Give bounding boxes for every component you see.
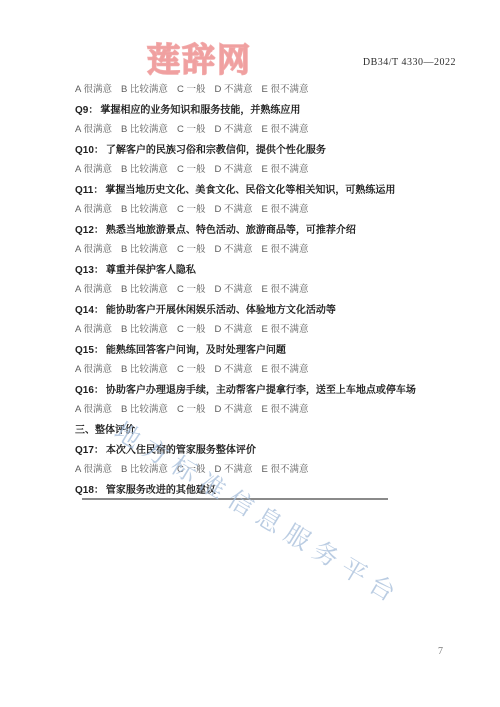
question-text: 掌握当地历史文化、美食文化、民俗文化等相关知识，可熟练运用 xyxy=(105,181,395,196)
option-item: C 一般 xyxy=(177,81,206,95)
page-number: 7 xyxy=(438,646,443,657)
question-number: Q13： xyxy=(75,261,104,276)
option-item: C 一般 xyxy=(177,361,206,375)
option-item: C 一般 xyxy=(177,321,206,335)
options-row: A 很满意B 比较满意C 一般D 不满意E 很不满意 xyxy=(75,238,465,258)
question-number: Q16： xyxy=(75,381,104,396)
option-item: B 比较满意 xyxy=(121,121,168,135)
question-row: Q12：熟悉当地旅游景点、特色活动、旅游商品等，可推荐介绍 xyxy=(75,218,465,238)
option-item: A 很满意 xyxy=(75,401,112,415)
question-row: Q11：掌握当地历史文化、美食文化、民俗文化等相关知识，可熟练运用 xyxy=(75,178,465,198)
option-item: E 很不满意 xyxy=(261,201,308,215)
question-row: Q9：掌握相应的业务知识和服务技能，并熟练应用 xyxy=(75,98,465,118)
question-text: 能熟练回答客户问询，及时处理客户问题 xyxy=(106,341,286,356)
option-item: B 比较满意 xyxy=(121,361,168,375)
question-number: Q10： xyxy=(75,141,104,156)
option-item: E 很不满意 xyxy=(261,121,308,135)
question-number: Q14： xyxy=(75,301,104,316)
option-item: D 不满意 xyxy=(214,361,252,375)
option-item: B 比较满意 xyxy=(121,241,168,255)
options-row: A 很满意B 比较满意C 一般D 不满意E 很不满意 xyxy=(75,78,465,98)
site-logo-watermark: 莲辞网 xyxy=(147,34,252,81)
question-text: 了解客户的民族习俗和宗教信仰，提供个性化服务 xyxy=(106,141,326,156)
question-number: Q9： xyxy=(75,101,98,116)
question-text: 尊重并保护客人隐私 xyxy=(106,261,196,276)
question-text: 熟悉当地旅游景点、特色活动、旅游商品等，可推荐介绍 xyxy=(106,221,356,236)
option-item: E 很不满意 xyxy=(261,461,308,475)
question-row: Q10：了解客户的民族习俗和宗教信仰，提供个性化服务 xyxy=(75,138,465,158)
option-item: A 很满意 xyxy=(75,321,112,335)
option-item: E 很不满意 xyxy=(261,321,308,335)
options-row: A 很满意B 比较满意C 一般D 不满意E 很不满意 xyxy=(75,158,465,178)
option-item: D 不满意 xyxy=(214,81,252,95)
option-item: D 不满意 xyxy=(214,201,252,215)
options-row: A 很满意B 比较满意C 一般D 不满意E 很不满意 xyxy=(75,458,465,478)
option-item: E 很不满意 xyxy=(261,401,308,415)
question-row: Q13：尊重并保护客人隐私 xyxy=(75,258,465,278)
option-item: A 很满意 xyxy=(75,281,112,295)
options-row: A 很满意B 比较满意C 一般D 不满意E 很不满意 xyxy=(75,318,465,338)
option-item: C 一般 xyxy=(177,281,206,295)
option-item: D 不满意 xyxy=(214,241,252,255)
question-number: Q12： xyxy=(75,221,104,236)
option-item: C 一般 xyxy=(177,241,206,255)
options-row: A 很满意B 比较满意C 一般D 不满意E 很不满意 xyxy=(75,118,465,138)
option-item: D 不满意 xyxy=(214,321,252,335)
option-item: B 比较满意 xyxy=(121,201,168,215)
option-item: A 很满意 xyxy=(75,461,112,475)
option-item: D 不满意 xyxy=(214,161,252,175)
option-item: B 比较满意 xyxy=(121,321,168,335)
option-item: B 比较满意 xyxy=(121,281,168,295)
question-row: Q15：能熟练回答客户问询，及时处理客户问题 xyxy=(75,338,465,358)
question-number: Q18： xyxy=(75,481,104,496)
option-item: C 一般 xyxy=(177,161,206,175)
option-item: C 一般 xyxy=(177,121,206,135)
question-text: 掌握相应的业务知识和服务技能，并熟练应用 xyxy=(100,101,300,116)
options-row: A 很满意B 比较满意C 一般D 不满意E 很不满意 xyxy=(75,358,465,378)
option-item: A 很满意 xyxy=(75,161,112,175)
option-item: B 比较满意 xyxy=(121,161,168,175)
option-item: E 很不满意 xyxy=(261,161,308,175)
option-item: C 一般 xyxy=(177,201,206,215)
option-item: C 一般 xyxy=(177,401,206,415)
question-number: Q11： xyxy=(75,181,103,196)
option-item: D 不满意 xyxy=(214,121,252,135)
question-row: Q18：管家服务改进的其他建议 xyxy=(75,478,465,498)
option-item: A 很满意 xyxy=(75,361,112,375)
option-item: A 很满意 xyxy=(75,121,112,135)
question-text: 协助客户办理退房手续，主动帮客户提拿行李，送至上车地点或停车场 xyxy=(106,381,416,396)
option-item: E 很不满意 xyxy=(261,281,308,295)
option-item: D 不满意 xyxy=(214,401,252,415)
question-row: Q16：协助客户办理退房手续，主动帮客户提拿行李，送至上车地点或停车场 xyxy=(75,378,465,398)
option-item: E 很不满意 xyxy=(261,361,308,375)
option-item: D 不满意 xyxy=(214,281,252,295)
option-item: A 很满意 xyxy=(75,241,112,255)
question-row: Q14：能协助客户开展休闲娱乐活动、体验地方文化活动等 xyxy=(75,298,465,318)
question-text: 能协助客户开展休闲娱乐活动、体验地方文化活动等 xyxy=(106,301,336,316)
options-row: A 很满意B 比较满意C 一般D 不满意E 很不满意 xyxy=(75,278,465,298)
option-item: A 很满意 xyxy=(75,81,112,95)
document-page: 莲辞网 DB34/T 4330—2022 A 很满意B 比较满意C 一般D 不满… xyxy=(0,0,500,707)
option-item: A 很满意 xyxy=(75,201,112,215)
question-number: Q15： xyxy=(75,341,104,356)
option-item: E 很不满意 xyxy=(261,81,308,95)
option-item: E 很不满意 xyxy=(261,241,308,255)
options-row: A 很满意B 比较满意C 一般D 不满意E 很不满意 xyxy=(75,198,465,218)
doc-code: DB34/T 4330—2022 xyxy=(363,57,456,68)
option-item: B 比较满意 xyxy=(121,81,168,95)
question-number: Q17： xyxy=(75,441,104,456)
